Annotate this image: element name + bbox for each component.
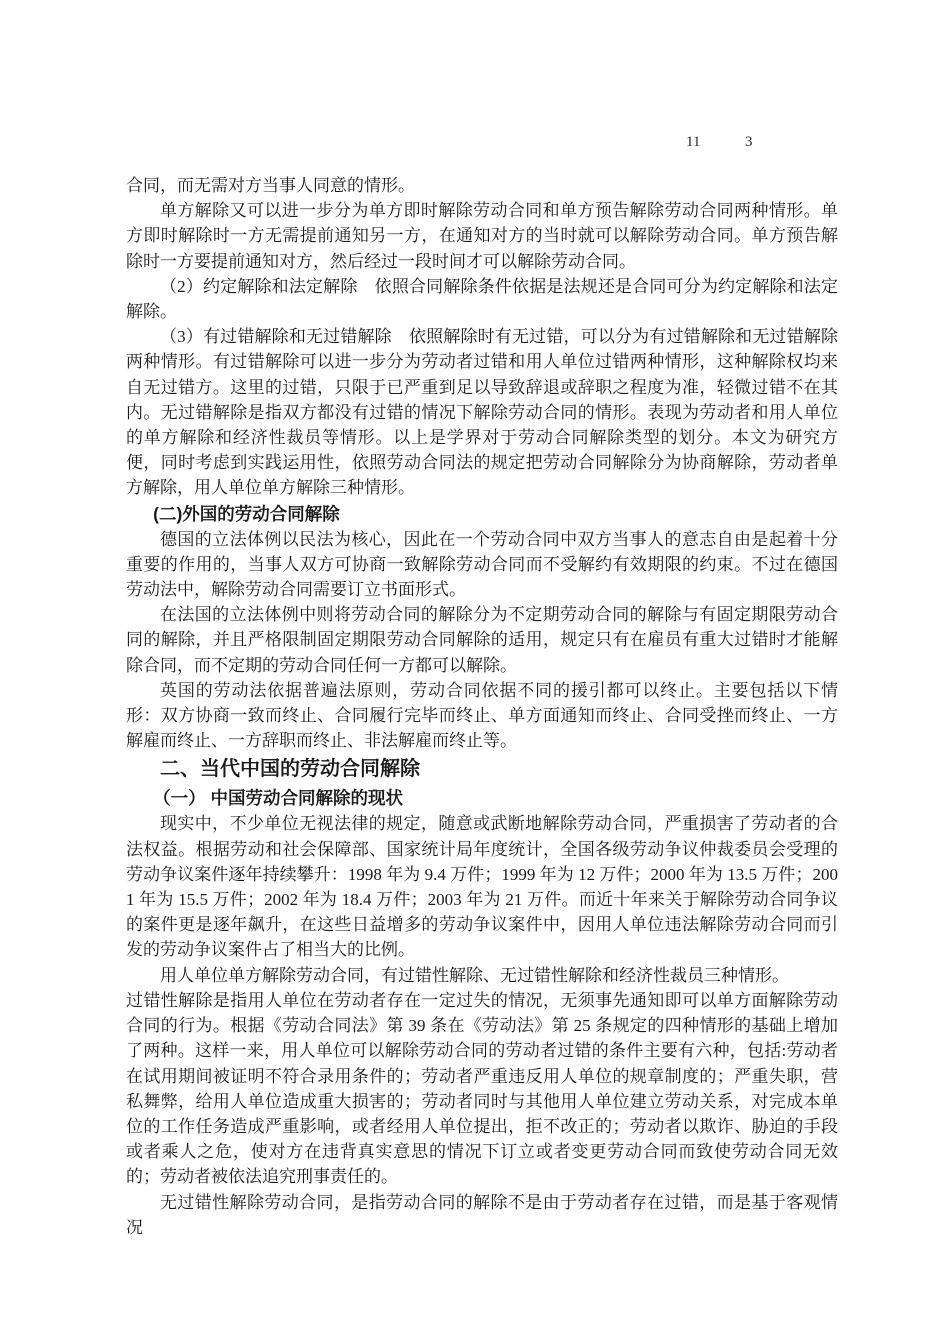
- document-page: 11 3 合同，而无需对方当事人同意的情形。 单方解除又可以进一步分为单方即时解…: [0, 0, 950, 1344]
- paragraph-unilateral-termination: 单方解除又可以进一步分为单方即时解除劳动合同和单方预告解除劳动合同两种情形。单方…: [126, 198, 838, 274]
- paragraph-fault-termination-conditions: 过错性解除是指用人单位在劳动者存在一定过失的情况，无须事先通知即可以单方面解除劳…: [126, 988, 838, 1190]
- heading-contemporary-china: 二、当代中国的劳动合同解除: [126, 754, 838, 784]
- heading-china-current-status: （一） 中国劳动合同解除的现状: [126, 785, 838, 811]
- header-number-left: 11: [686, 134, 700, 151]
- paragraph-nofault-termination: 无过错性解除劳动合同，是指劳动合同的解除不是由于劳动者存在过错，而是基于客观情况: [126, 1190, 838, 1240]
- paragraph-uk: 英国的劳动法依据普遍法原则，劳动合同依据不同的援引都可以终止。主要包括以下情形：…: [126, 678, 838, 754]
- page-header: 11 3: [0, 134, 950, 156]
- paragraph-dispute-statistics: 现实中，不少单位无视法律的规定，随意或武断地解除劳动合同，严重损害了劳动者的合法…: [126, 811, 838, 962]
- paragraph-employer-three-types: 用人单位单方解除劳动合同，有过错性解除、无过错性解除和经济性裁员三种情形。: [126, 963, 838, 988]
- heading-foreign-labor-contract-termination: (二)外国的劳动合同解除: [126, 501, 838, 527]
- header-number-right: 3: [745, 134, 753, 151]
- paragraph-continuation: 合同，而无需对方当事人同意的情形。: [126, 173, 838, 198]
- paragraph-agreed-vs-statutory: （2）约定解除和法定解除 依照合同解除条件依据是法规还是合同可分为约定解除和法定…: [126, 274, 838, 324]
- paragraph-fault-vs-nofault: （3）有过错解除和无过错解除 依照解除时有无过错，可以分为有过错解除和无过错解除…: [126, 324, 838, 500]
- document-body: 合同，而无需对方当事人同意的情形。 单方解除又可以进一步分为单方即时解除劳动合同…: [126, 173, 838, 1240]
- paragraph-germany: 德国的立法体例以民法为核心，因此在一个劳动合同中双方当事人的意志自由是起着十分重…: [126, 527, 838, 603]
- paragraph-france: 在法国的立法体例中则将劳动合同的解除分为不定期劳动合同的解除与有固定期限劳动合同…: [126, 602, 838, 678]
